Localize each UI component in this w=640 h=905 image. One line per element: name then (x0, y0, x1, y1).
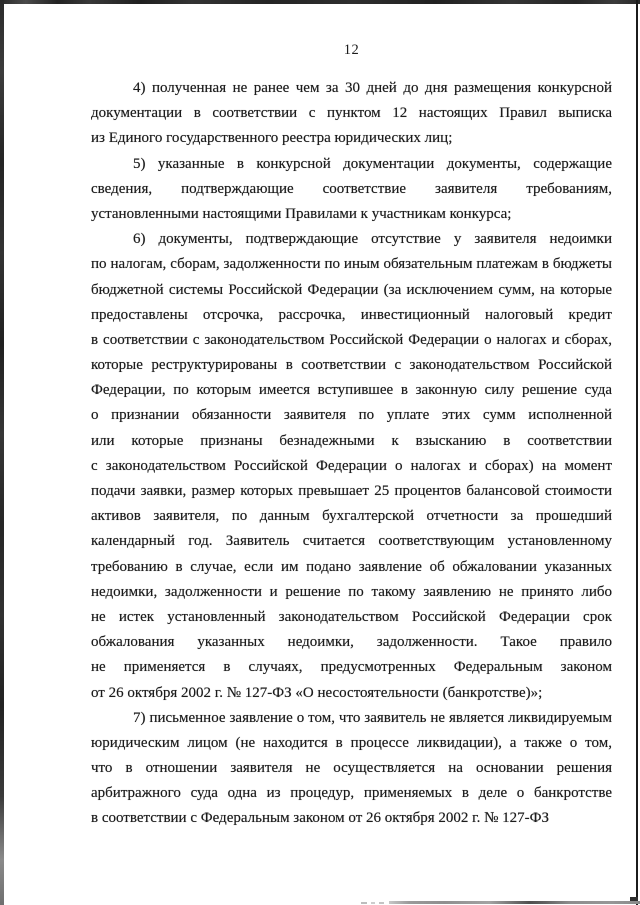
scan-edge-left (0, 0, 4, 905)
text-line: 5) указанные в конкурсной документации д… (91, 152, 612, 177)
scan-edge-right (636, 0, 638, 905)
text-line: 6) документы, подтверждающие отсутствие … (91, 227, 612, 252)
paragraph: 4) полученная не ранее чем за 30 дней до… (91, 76, 612, 152)
scan-artifact-dot (379, 902, 384, 904)
text-line: 7) письменное заявление о том, что заяви… (91, 706, 612, 731)
text-line: о признании обязанности заявителя по упл… (91, 403, 612, 428)
text-line: в соответствии с законодательством Росси… (91, 328, 612, 353)
scan-artifact-dot (361, 902, 367, 904)
text-line: в соответствии с Федеральным законом от … (91, 806, 612, 831)
text-line: которые реструктурированы в соответствии… (91, 353, 612, 378)
paragraph: 5) указанные в конкурсной документации д… (91, 152, 612, 228)
paragraph: 7) письменное заявление о том, что заяви… (91, 706, 612, 832)
text-line: по налогам, сборам, задолженности по ины… (91, 252, 612, 277)
text-line: требованию в случае, если им подано заяв… (91, 555, 612, 580)
text-line: не применяется в случаях, предусмотренны… (91, 655, 612, 680)
text-line: установленными настоящими Правилами к уч… (91, 202, 612, 227)
text-line: документации в соответствии с пунктом 12… (91, 101, 612, 126)
scan-artifact-bottom-line (389, 901, 640, 904)
paragraph: 6) документы, подтверждающие отсутствие … (91, 227, 612, 706)
text-line: календарный год. Заявитель считается соо… (91, 529, 612, 554)
text-line: подачи заявки, размер которых превышает … (91, 479, 612, 504)
text-line: юридическим лицом (не находится в процес… (91, 731, 612, 756)
scan-edge-top (0, 0, 640, 4)
text-line: предоставлены отсрочка, рассрочка, инвес… (91, 303, 612, 328)
document-body: 4) полученная не ранее чем за 30 дней до… (91, 76, 612, 832)
text-line: с законодательством Российской Федерации… (91, 454, 612, 479)
text-line: от 26 октября 2002 г. № 127-ФЗ «О несост… (91, 681, 612, 706)
text-line: Федерации, по которым имеется вступившее… (91, 378, 612, 403)
text-line: сведения, подтверждающие соответствие за… (91, 177, 612, 202)
page-number: 12 (91, 42, 612, 59)
scanned-document-page: 12 4) полученная не ранее чем за 30 дней… (0, 0, 640, 905)
text-line: обжалования указанных недоимки, задолжен… (91, 630, 612, 655)
text-line: или которые признаны безнадежными к взыс… (91, 429, 612, 454)
scan-artifact-dot (371, 902, 375, 904)
text-line: не истек установленный законодательством… (91, 605, 612, 630)
text-line: из Единого государственного реестра юрид… (91, 126, 612, 151)
text-line: активов заявителя, по данным бухгалтерск… (91, 504, 612, 529)
text-line: бюджетной системы Российской Федерации (… (91, 278, 612, 303)
text-line: арбитражного суда одна из процедур, прим… (91, 781, 612, 806)
text-line: недоимки, задолженности и решение по так… (91, 580, 612, 605)
text-line: 4) полученная не ранее чем за 30 дней до… (91, 76, 612, 101)
text-line: что в отношении заявителя не осуществляе… (91, 756, 612, 781)
